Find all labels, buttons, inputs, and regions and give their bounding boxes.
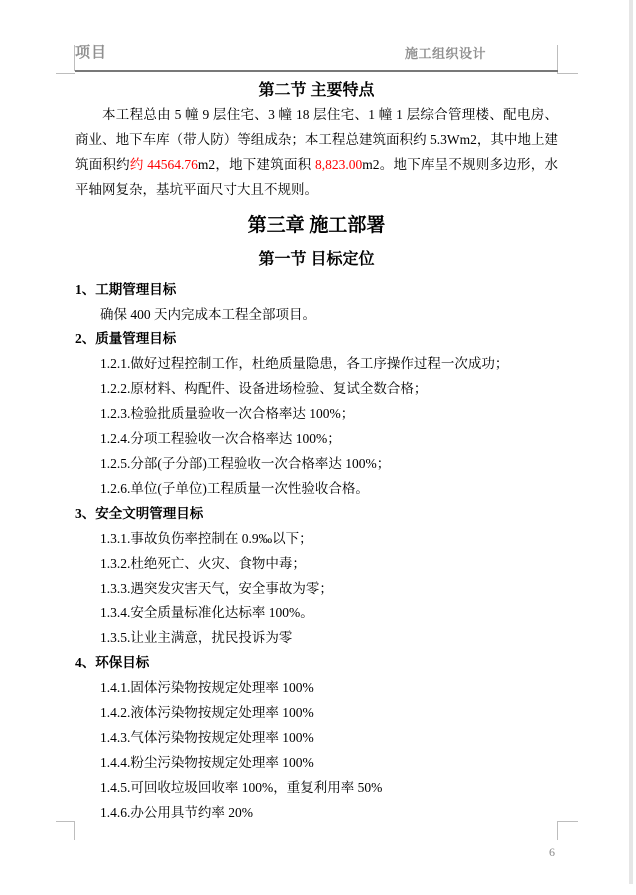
section-item: 1.2.6.单位(子单位)工程质量一次性验收合格。 <box>75 477 558 502</box>
section-item: 1.2.1.做好过程控制工作，杜绝质量隐患，各工序操作过程一次成功； <box>75 352 558 377</box>
intro-text-run: 8,823.00 <box>315 157 362 172</box>
chapter3-title: 第三章 施工部署 <box>75 213 558 239</box>
text-boundary-mark-top-left-horizontal <box>56 73 75 74</box>
section-item: 1.3.4.安全质量标准化达标率 100%。 <box>75 601 558 626</box>
section-heading: 2、质量管理目标 <box>75 327 558 352</box>
section-heading: 3、安全文明管理目标 <box>75 502 558 527</box>
intro-paragraph: 本工程总由 5 幢 9 层住宅、3 幢 18 层住宅、1 幢 1 层综合管理楼、… <box>75 103 558 203</box>
section-item: 1.4.3.气体污染物按规定处理率 100% <box>75 726 558 751</box>
section-item: 1.4.2.液体污染物按规定处理率 100% <box>75 701 558 726</box>
section-heading: 4、环保目标 <box>75 651 558 676</box>
section-heading: 1、工期管理目标 <box>75 278 558 303</box>
page-right-edge <box>629 0 633 884</box>
section2-title: 第二节 主要特点 <box>75 79 558 103</box>
section-item: 1.2.5.分部(子分部)工程验收一次合格率达 100%； <box>75 452 558 477</box>
header-right-text: 施工组织设计 <box>405 43 486 62</box>
intro-text-run: m2，地下建筑面积 <box>198 157 315 172</box>
section-item: 1.3.3.遇突发灾害天气，安全事故为零； <box>75 577 558 602</box>
document-body: 第二节 主要特点 本工程总由 5 幢 9 层住宅、3 幢 18 层住宅、1 幢 … <box>75 79 558 826</box>
section-item: 1.3.2.杜绝死亡、火灾、食物中毒； <box>75 552 558 577</box>
section-item: 1.4.5.可回收垃圾回收率 100%，重复利用率 50% <box>75 776 558 801</box>
section-block-environment: 4、环保目标 1.4.1.固体污染物按规定处理率 100%1.4.2.液体污染物… <box>75 651 558 825</box>
section-item: 1.3.1.事故负伤率控制在 0.9‰以下； <box>75 527 558 552</box>
section-block-schedule: 1、工期管理目标 确保 400 天内完成本工程全部项目。 <box>75 278 558 328</box>
section-item: 1.3.5.让业主满意，扰民投诉为零 <box>75 626 558 651</box>
section-item: 1.2.4.分项工程验收一次合格率达 100%； <box>75 427 558 452</box>
header-rule <box>75 70 558 72</box>
page-number: 6 <box>549 845 555 860</box>
text-boundary-mark-top-right-horizontal <box>558 73 578 74</box>
text-boundary-mark-bottom-right-horizontal <box>558 821 578 822</box>
header-left-text: 项目 <box>75 41 107 62</box>
section1-title: 第一节 目标定位 <box>75 247 558 273</box>
intro-text-run: 约 44564.76 <box>130 157 198 172</box>
section-item: 1.4.6.办公用具节约率 20% <box>75 801 558 826</box>
section-item: 1.4.4.粉尘污染物按规定处理率 100% <box>75 751 558 776</box>
section-item: 1.4.1.固体污染物按规定处理率 100% <box>75 676 558 701</box>
section-item: 1.2.2.原材料、构配件、设备进场检验、复试全数合格； <box>75 377 558 402</box>
section-item: 1.2.3.检验批质量验收一次合格率达 100%； <box>75 402 558 427</box>
text-boundary-mark-bottom-left-horizontal <box>56 821 75 822</box>
section-block-safety: 3、安全文明管理目标 1.3.1.事故负伤率控制在 0.9‰以下；1.3.2.杜… <box>75 502 558 651</box>
section-item: 确保 400 天内完成本工程全部项目。 <box>75 303 558 328</box>
section-block-quality: 2、质量管理目标 1.2.1.做好过程控制工作，杜绝质量隐患，各工序操作过程一次… <box>75 327 558 501</box>
